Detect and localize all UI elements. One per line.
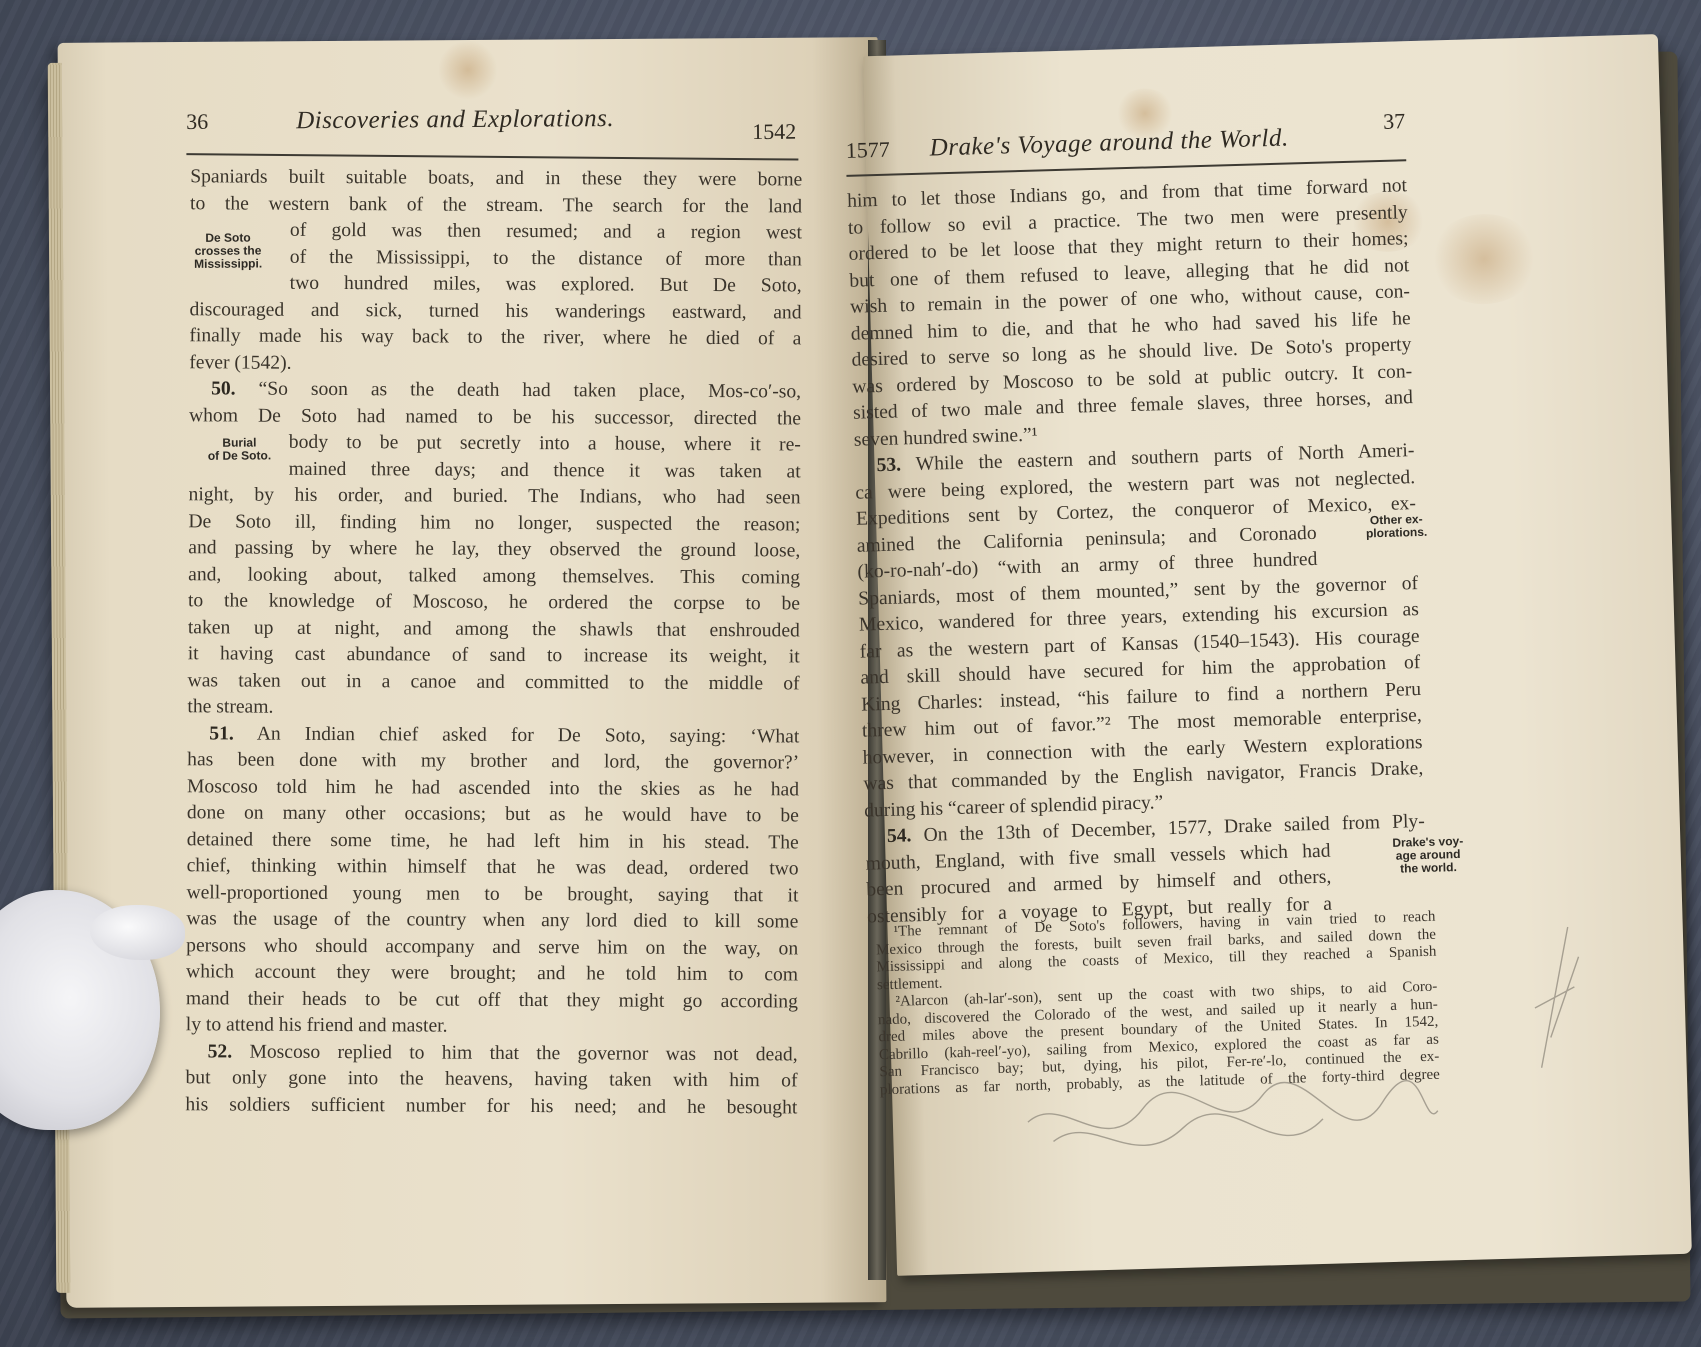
text-line: of gold was then resumed; and a region w… — [190, 217, 802, 247]
text-line: but only gone into the heavens, having t… — [185, 1065, 797, 1095]
text-line: the stream. — [187, 694, 799, 724]
text-line: whom De Soto had named to be his success… — [189, 403, 801, 433]
text-line: ly to attend his friend and master. — [186, 1012, 798, 1042]
header-rule — [186, 153, 798, 160]
text-line: was the usage of the country when any lo… — [186, 906, 798, 936]
text-line: body to be put secretly into a house, wh… — [189, 429, 801, 459]
right-body-text: him to let those Indians go, and from th… — [847, 173, 1427, 930]
text-line: mand their heads to be cut off that they… — [186, 986, 798, 1016]
right-page: 1577 Drake's Voyage around the World. 37… — [863, 34, 1692, 1276]
running-title: Discoveries and Explorations. — [296, 105, 614, 135]
paragraph-number: 54. — [887, 825, 912, 847]
text-line: night, by his order, and buried. The Ind… — [188, 482, 800, 512]
left-page: 36 Discoveries and Explorations. 1542 De… — [58, 37, 887, 1308]
text-line: 52. Moscoso replied to him that the gove… — [186, 1039, 798, 1069]
text-line: to the western bank of the stream. The s… — [190, 191, 802, 221]
text-line: Spaniards built suitable boats, and in t… — [190, 164, 802, 194]
text-line: was taken out in a canoe and committed t… — [188, 668, 800, 698]
paragraph-number: 51. — [209, 723, 234, 744]
text-line: detained there some time, he had left hi… — [187, 827, 799, 857]
running-head-left: 36 Discoveries and Explorations. 1542 — [186, 104, 796, 136]
text-line: fever (1542). — [189, 350, 801, 380]
text-line: and, looking about, talked among themsel… — [188, 562, 800, 592]
text-line: and passing by where he lay, they observ… — [188, 535, 800, 565]
text-line: it having cast abundance of sand to incr… — [188, 641, 800, 671]
text-line: which account they were brought; and he … — [186, 959, 798, 989]
text-line: done on many other occasions; but as he … — [187, 800, 799, 830]
text-line: mained three days; and thence it was tak… — [189, 456, 801, 486]
stain — [438, 40, 498, 100]
stain — [1428, 213, 1540, 306]
text-line: has been done with my brother and lord, … — [187, 747, 799, 777]
text-line: 50. “So soon as the death had taken plac… — [189, 376, 801, 406]
page-number: 36 — [186, 109, 208, 135]
paragraph-number: 53. — [876, 454, 901, 476]
footnotes: ¹The remnant of De Soto's followers, hav… — [875, 909, 1440, 1100]
left-body-text: Spaniards built suitable boats, and in t… — [185, 164, 802, 1121]
text-line: De Soto ill, finding him no longer, susp… — [188, 509, 800, 539]
text-line: of the Mississippi, to the distance of m… — [190, 244, 802, 274]
text-line: two hundred miles, was explored. But De … — [190, 270, 802, 300]
pencil-scribble — [1527, 916, 1591, 1078]
text-line: finally made his way back to the river, … — [189, 323, 801, 353]
paragraph-number: 50. — [211, 378, 236, 399]
text-line: discouraged and sick, turned his wanderi… — [189, 297, 801, 327]
page-number: 37 — [1383, 108, 1406, 135]
text-line: his soldiers sufficient number for his n… — [185, 1092, 797, 1122]
text-line: well-proportioned young men to be brough… — [186, 880, 798, 910]
text-line: Moscoso told him he had ascended into th… — [187, 774, 799, 804]
paragraph-number: 52. — [208, 1041, 233, 1062]
gloved-thumb — [90, 905, 185, 960]
text-line: 51. An Indian chief asked for De Soto, s… — [187, 721, 799, 751]
text-line: taken up at night, and among the shawls … — [188, 615, 800, 645]
text-line: to the knowledge of Moscoso, he ordered … — [188, 588, 800, 618]
year-marker: 1542 — [752, 119, 796, 145]
running-title: Drake's Voyage around the World. — [929, 124, 1289, 162]
year-marker: 1577 — [845, 137, 890, 164]
text-line: chief, thinking within himself that he w… — [187, 853, 799, 883]
pencil-scribble — [1022, 1071, 1445, 1193]
text-line: persons who should accompany and serve h… — [186, 933, 798, 963]
